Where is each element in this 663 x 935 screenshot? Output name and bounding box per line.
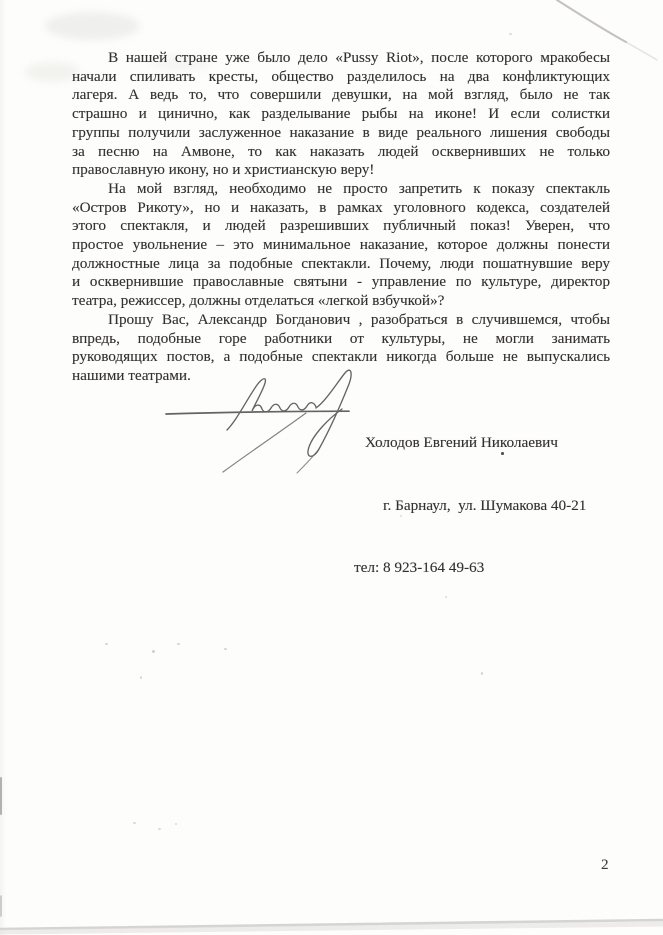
page-edge-shadow [0,920,663,929]
scanned-letter-page: В нашей стране уже было дело «Pussy Riot… [0,0,663,935]
letter-line: православную икону, но и христианскую ве… [72,161,610,180]
letter-line: простое увольнение – это минимальное нак… [72,236,610,255]
fold-crease [557,0,626,42]
letter-line: нашими театрами. [72,367,610,386]
signatory-phone: тел: 8 923-164 49-63 [354,558,586,579]
letter-line: Прошу Вас, Александр Богданович , разобр… [72,311,610,330]
letter-line: В нашей стране уже было дело «Pussy Riot… [72,49,610,68]
letter-line: за песню на Амвоне, то как наказать люде… [72,143,610,162]
signatory-name: Холодов Евгений Николаевич [365,433,586,454]
page-number: 2 [601,857,609,874]
letter-line: руководящих постов, а подобные спектакли… [72,348,610,367]
scan-speck [140,676,142,679]
letter-line: и осквернившие православные святыни - уп… [72,273,610,292]
letter-line: лагеря. А ведь то, что совершили девушки… [72,86,610,105]
scan-speck [177,643,180,645]
scan-speck [152,650,155,653]
letter-line: страшно и цинично, как разделывание рыбы… [72,105,610,124]
signatory-address: г. Барнаул, ул. Шумакова 40-21 [383,496,586,517]
scan-speck [224,648,227,650]
scan-speck [175,823,177,825]
scan-speck [158,828,161,830]
letter-line: этого спектакля, и людей разрешивших пуб… [72,217,610,236]
letter-line: впредь, подобные горе работники от культ… [72,330,610,349]
scan-speck [509,33,512,35]
letter-line: «Остров Рикоту», но и наказать, в рамках… [72,199,610,218]
scan-speck [133,822,136,824]
letter-line: должностные лица за подобные спектакли. … [72,255,610,274]
letter-line: театра, режиссер, должны отделаться «лег… [72,292,610,311]
letter-body: В нашей стране уже было дело «Pussy Riot… [72,49,610,386]
signature-block: Холодов Евгений Николаевич г. Барнаул, у… [354,391,586,621]
scan-speck [481,672,483,675]
scan-speck [105,643,108,645]
letter-line: группы получили заслуженное наказание в … [72,124,610,143]
letter-line: На мой взгляд, необходимо не просто запр… [72,180,610,199]
letter-line: начали спиливать кресты, общество раздел… [72,68,610,87]
scan-smudge [45,12,140,40]
